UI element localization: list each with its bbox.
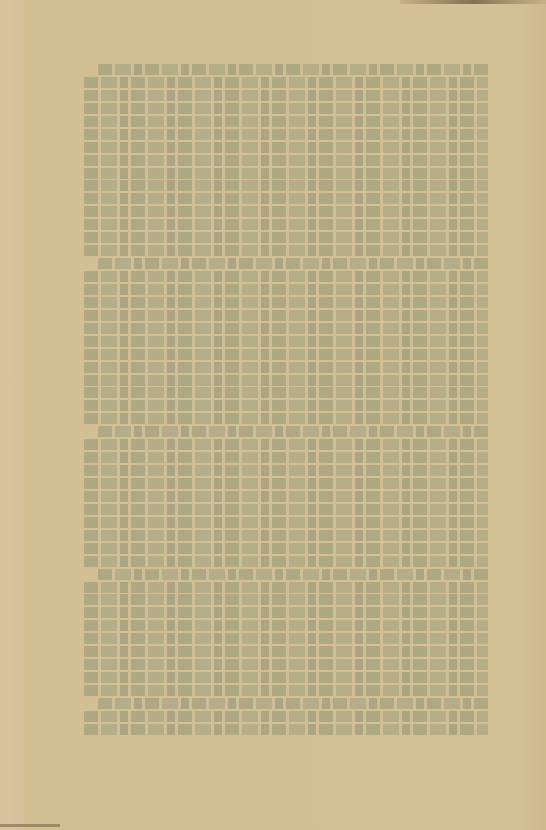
text-line xyxy=(84,155,488,166)
text-line xyxy=(84,362,488,373)
text-line xyxy=(84,646,488,657)
text-line xyxy=(84,387,488,398)
text-line xyxy=(84,336,488,347)
text-line xyxy=(84,724,488,735)
text-line xyxy=(84,284,488,295)
text-line xyxy=(84,594,488,605)
text-line xyxy=(84,180,488,191)
text-line xyxy=(84,206,488,217)
running-head-title xyxy=(211,45,371,57)
text-line xyxy=(84,310,488,321)
text-line xyxy=(84,465,488,476)
text-line xyxy=(84,193,488,204)
text-line xyxy=(84,168,488,179)
text-line xyxy=(98,258,488,269)
text-line xyxy=(84,142,488,153)
text-line xyxy=(84,620,488,631)
text-line xyxy=(84,103,488,114)
text-line xyxy=(84,116,488,127)
text-line xyxy=(84,439,488,450)
scan-edge-shadow-top xyxy=(400,0,546,4)
text-line xyxy=(84,530,488,541)
text-line xyxy=(98,426,488,437)
text-line xyxy=(84,478,488,489)
text-line xyxy=(84,556,488,567)
body-text xyxy=(84,64,488,737)
text-line xyxy=(84,129,488,140)
text-line xyxy=(98,569,488,580)
text-line xyxy=(84,77,488,88)
text-line xyxy=(84,582,488,593)
running-header xyxy=(86,45,486,59)
text-line xyxy=(98,64,488,75)
text-line xyxy=(84,607,488,618)
text-line xyxy=(84,633,488,644)
text-line xyxy=(84,375,488,386)
text-line xyxy=(84,659,488,670)
text-line xyxy=(84,685,488,696)
text-line xyxy=(84,349,488,360)
text-line xyxy=(84,517,488,528)
text-line xyxy=(84,711,488,722)
text-line xyxy=(84,413,488,424)
text-line xyxy=(84,219,488,230)
text-line xyxy=(84,271,488,282)
text-line xyxy=(84,297,488,308)
text-line xyxy=(84,452,488,463)
text-line xyxy=(98,698,488,709)
text-line xyxy=(84,672,488,683)
text-line xyxy=(84,323,488,334)
text-line xyxy=(84,90,488,101)
text-line xyxy=(84,400,488,411)
text-line xyxy=(84,491,488,502)
book-page xyxy=(0,0,546,830)
scan-edge-shadow-bottom xyxy=(0,824,60,827)
text-line xyxy=(84,543,488,554)
text-line xyxy=(84,232,488,243)
text-line xyxy=(84,245,488,256)
text-line xyxy=(84,504,488,515)
page-gutter-edge xyxy=(0,0,26,830)
